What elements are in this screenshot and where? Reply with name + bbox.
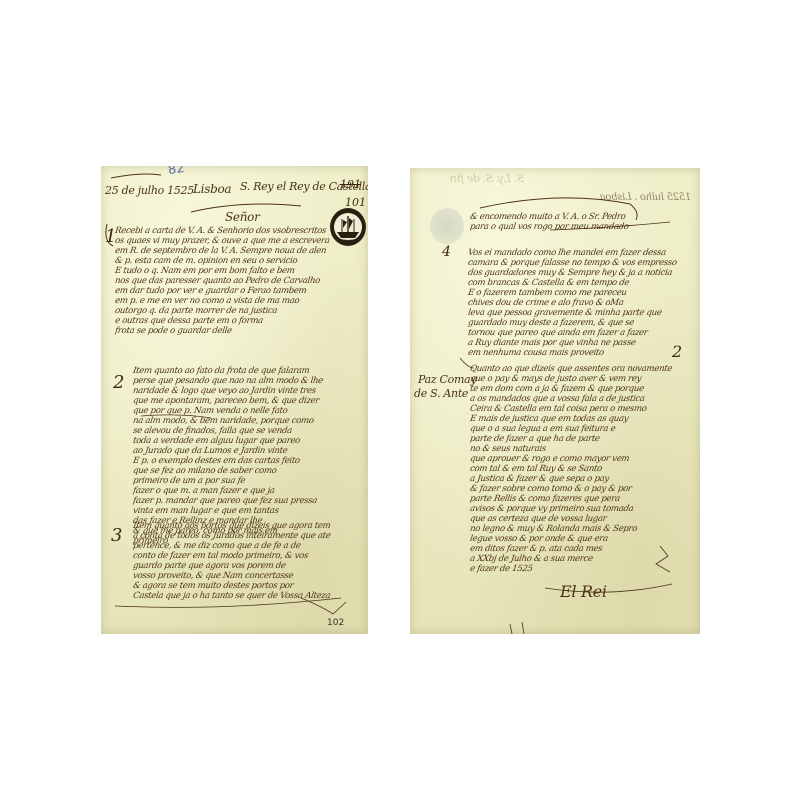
archive-page-stamp: 102 [327,618,344,628]
manuscript-page-right: S. Ly. S. de fin 1525 lulho . Lisboa & e… [410,168,700,634]
ink-flourishes [410,168,700,634]
manuscript-page-left: 82 25 de julho 1525 Lisboa S. Rey el Rey… [101,166,368,634]
ink-flourishes [101,166,368,634]
